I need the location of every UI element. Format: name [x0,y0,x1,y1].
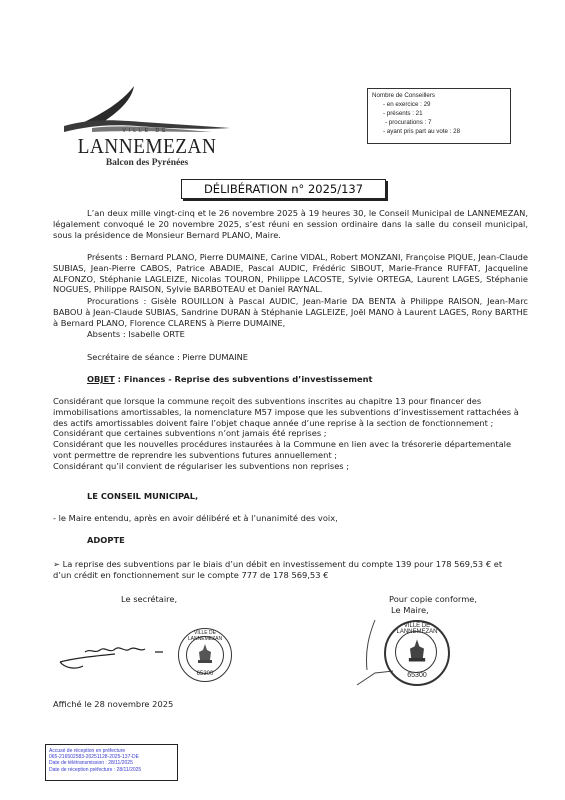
maire-label: Le Maire, [391,605,429,616]
mayor-stamp-postcode: 65300 [386,672,448,679]
conseil-heading: LE CONSEIL MUNICIPAL, [87,491,198,502]
conseillers-procurations: - procurations : 7 [372,118,510,127]
conseillers-count-box: Nombre de Conseillers - en exercice : 29… [367,88,511,144]
mayor-stamp-top-text: VILLE DE LANNEMEZAN [386,623,448,635]
considerant-item: Considérant que les nouvelles procédures… [53,439,523,461]
city-stamp-icon: VILLE DE LANNEMEZAN 65300 [178,628,232,682]
prefecture-receipt-box: Accusé de réception en préfecture 065-21… [45,744,178,781]
intro-paragraph: L’an deux mille vingt-cinq et le 26 nove… [53,208,528,240]
conseillers-en-exercice: - en exercice : 29 [372,100,510,109]
objet-line: OBJET : Finances - Reprise des subventio… [87,374,373,385]
considerant-item: Considérant que certaines subventions n’… [53,428,523,439]
presents-paragraph: Présents : Bernard PLANO, Pierre DUMAINE… [53,252,528,295]
entendu-line: - le Maire entendu, après en avoir délib… [53,513,338,524]
logo-city-name: LANNEMEZAN [69,134,225,159]
decision-paragraph: ➢ La reprise des subventions par le biai… [53,559,523,581]
logo-tagline: Balcon des Pyrénées [62,158,232,168]
procurations-paragraph: Procurations : Gisèle ROUILLON à Pascal … [53,296,528,328]
secretaire-seance: Secrétaire de séance : Pierre DUMAINE [87,352,248,363]
considerant-item: Considérant qu’il convient de régularise… [53,461,523,472]
stamp-top-text: VILLE DE LANNEMEZAN [179,630,231,642]
considerant-item: Considérant que lorsque la commune reçoi… [53,396,523,428]
stamp-postcode: 65300 [179,671,231,677]
receipt-reception-date: Date de réception préfecture : 28/11/202… [49,767,177,773]
copie-conforme-label: Pour copie conforme, [389,594,477,605]
secretaire-signature-label: Le secrétaire, [121,594,177,605]
conseillers-title: Nombre de Conseillers [372,91,510,100]
deliberation-title: DÉLIBÉRATION n° 2025/137 [181,179,386,199]
mayor-city-stamp-icon: VILLE DE LANNEMEZAN 65300 [384,620,450,686]
secretary-signature-icon [55,640,170,675]
considerants-block: Considérant que lorsque la commune reçoi… [53,396,523,472]
affiche-date: Affiché le 28 novembre 2025 [53,699,173,710]
city-logo: VILLE DE LANNEMEZAN Balcon des Pyrénées [62,84,232,174]
conseillers-votants: - ayant pris part au vote : 28 [372,127,510,136]
absents-line: Absents : Isabelle ORTE [87,329,185,340]
objet-label: OBJET [87,374,115,384]
adopte-heading: ADOPTE [87,535,125,546]
objet-text: : Finances - Reprise des subventions d’i… [115,374,373,384]
conseillers-presents: - présents : 21 [372,109,510,118]
